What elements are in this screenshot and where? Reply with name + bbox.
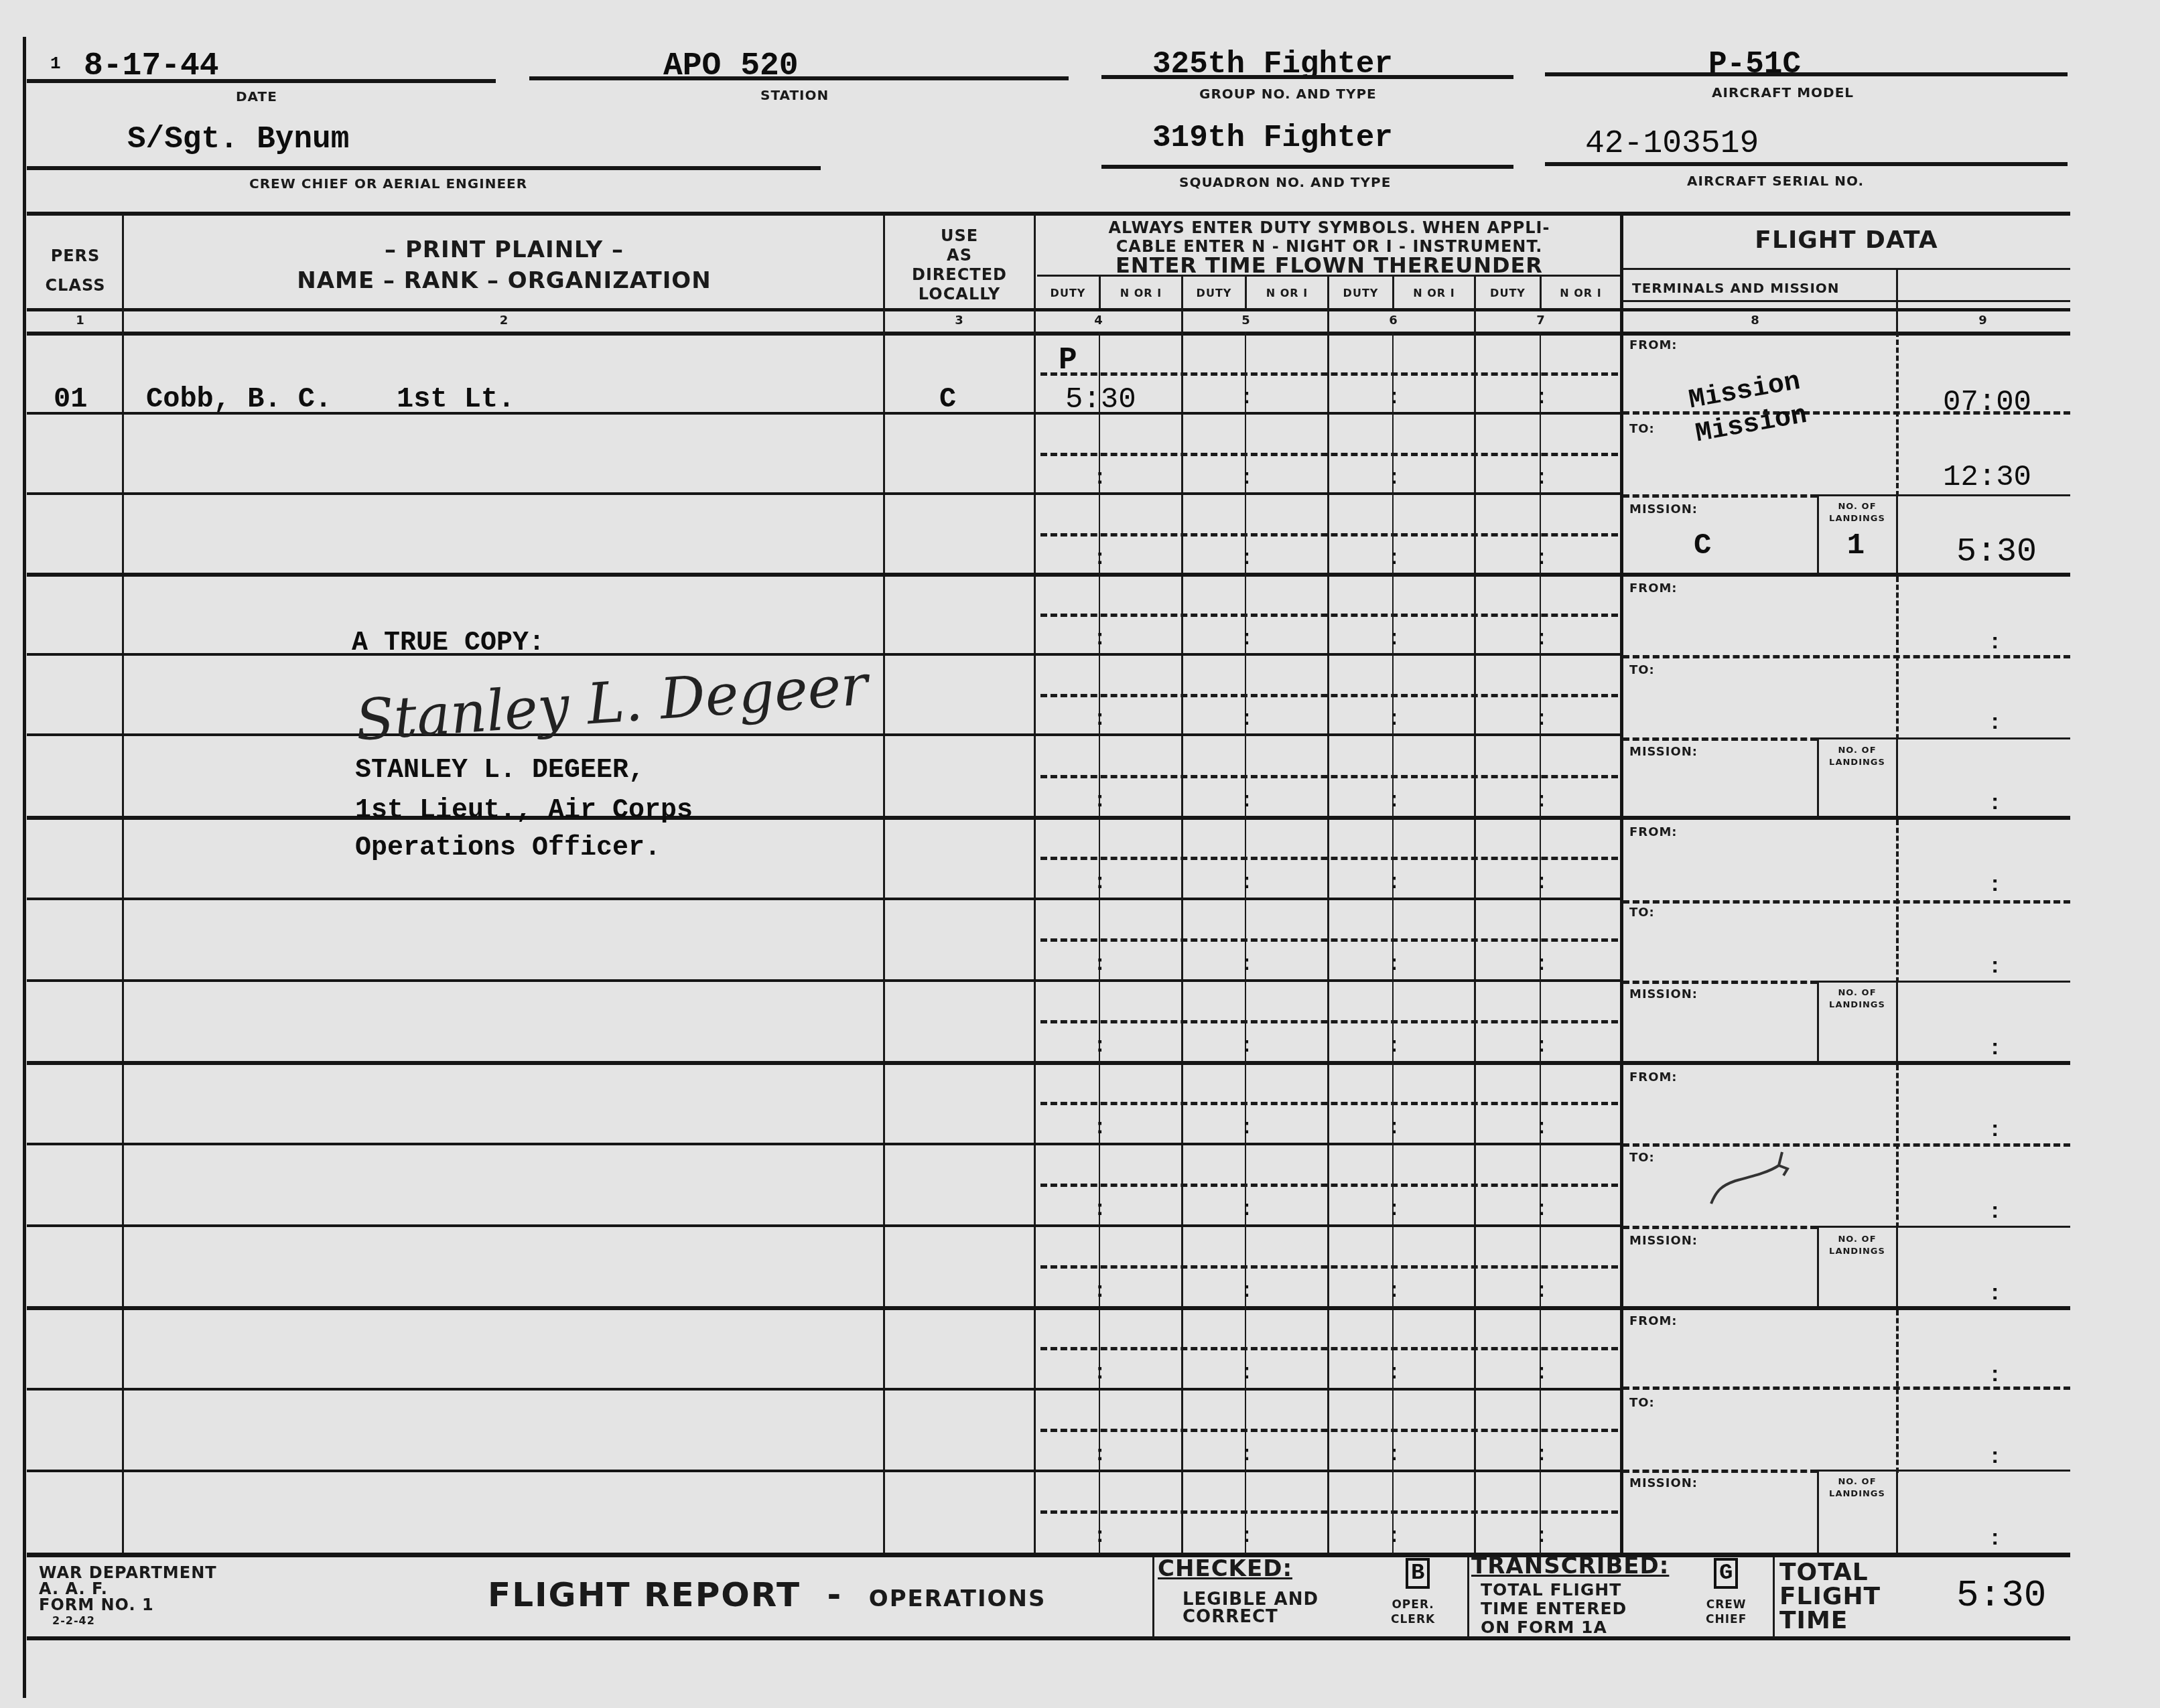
from-label: FROM: [1629,825,1678,839]
station-label: STATION [760,87,829,103]
name-header: – PRINT PLAINLY – NAME – RANK – ORGANIZA… [127,234,881,296]
total-flight-time-label: TOTAL FLIGHT TIME [1779,1561,1881,1633]
arrive-time[interactable]: 12:30 [1943,461,2031,494]
from-label: FROM: [1629,338,1678,352]
certification-heading: A TRUE COPY: [352,628,545,658]
crew-chief-value[interactable]: S/Sgt. Bynum [127,122,349,157]
duty-label-5: DUTY [1183,287,1245,299]
nori-label-7: N OR I [1542,287,1620,299]
col-num-9: 9 [1943,313,2023,328]
certifier-rank: 1st Lieut., Air Corps [355,796,693,826]
mission-label: MISSION: [1629,502,1698,516]
to-label: TO: [1629,906,1655,920]
use-value[interactable]: C [939,383,956,415]
col-num-4: 4 [1059,313,1139,328]
landings-label: NO. OF LANDINGS [1820,745,1895,769]
signature: Stanley L. Degeer [354,652,870,753]
nori-label-5: N OR I [1247,287,1327,299]
table-top-border [27,212,2070,216]
nori-label-4: N OR I [1101,287,1181,299]
landings-label: NO. OF LANDINGS [1820,501,1895,525]
to-label: TO: [1629,422,1655,436]
to-label: TO: [1629,663,1655,677]
crew-chief-sign-label: CREW CHIEF [1706,1597,1747,1627]
oper-clerk-initial[interactable]: B [1406,1558,1430,1589]
landings-label: NO. OF LANDINGS [1820,987,1895,1011]
col-num-3: 3 [886,313,1033,328]
aircraft-model-value[interactable]: P-51C [1708,47,1801,82]
landings-value[interactable]: 1 [1836,529,1876,563]
squadron-label: SQUADRON NO. AND TYPE [1179,174,1391,190]
from-label: FROM: [1629,1314,1678,1328]
aircraft-model-label: AIRCRAFT MODEL [1712,84,1854,100]
crew-chief-label: CREW CHIEF OR AERIAL ENGINEER [249,175,527,192]
col-num-6: 6 [1353,313,1434,328]
landings-label: NO. OF LANDINGS [1820,1476,1895,1500]
flight-data-title: FLIGHT DATA [1623,226,2070,254]
from-label: FROM: [1629,581,1678,595]
duty-symbol[interactable]: P [1059,343,1077,378]
crew-rank[interactable]: 1st Lt. [397,383,515,415]
form-title: FLIGHT REPORT - OPERATIONS [488,1575,1046,1614]
from-label: FROM: [1629,1070,1678,1084]
mission-value[interactable]: C [1694,529,1711,563]
transcribed-heading: TRANSCRIBED: [1471,1553,1669,1579]
pers-class-header: PERS CLASS [33,241,117,300]
col-num-5: 5 [1206,313,1286,328]
mission-label: MISSION: [1629,987,1698,1001]
duty-label-6: DUTY [1329,287,1392,299]
col-num-2: 2 [127,313,881,328]
transcribed-label: TOTAL FLIGHT TIME ENTERED ON FORM 1A [1481,1581,1627,1637]
duty-label-4: DUTY [1037,287,1099,299]
war-department-block: WAR DEPARTMENT A. A. F. FORM NO. 1 2-2-4… [39,1565,217,1629]
crew-name[interactable]: Cobb, B. C. [146,383,332,415]
certifier-name: STANLEY L. DEGEER, [355,756,645,786]
depart-time[interactable]: 07:00 [1943,386,2031,419]
checked-heading: CHECKED: [1158,1555,1292,1582]
table-bottom-border [27,1553,2070,1557]
serial-value[interactable]: 42-103519 [1585,126,1759,162]
group-label: GROUP NO. AND TYPE [1199,86,1377,102]
legible-correct-label: LEGIBLE AND CORRECT [1183,1591,1319,1626]
crew-chief-initial[interactable]: G [1714,1558,1738,1589]
landings-label: NO. OF LANDINGS [1820,1234,1895,1258]
serial-label: AIRCRAFT SERIAL NO. [1687,173,1864,189]
mission-label: MISSION: [1629,1234,1698,1248]
certifier-title: Operations Officer. [355,833,661,863]
col-num-1: 1 [40,313,121,328]
to-label: TO: [1629,1151,1655,1165]
col-num-7: 7 [1501,313,1581,328]
duty-header: ALWAYS ENTER DUTY SYMBOLS. WHEN APPLI- C… [1038,218,1620,275]
total-flight-time-value[interactable]: 5:30 [1956,1574,2046,1617]
left-border [23,37,26,1698]
form-mark: 1 [50,54,61,74]
pers-class-value[interactable]: 01 [54,383,87,415]
squadron-value[interactable]: 319th Fighter [1152,121,1393,155]
terminals-mission-label: TERMINALS AND MISSION [1632,280,1840,296]
duty-label-7: DUTY [1476,287,1540,299]
oper-clerk-label: OPER. CLERK [1391,1597,1435,1627]
to-label: TO: [1629,1396,1655,1410]
mission-label: MISSION: [1629,1476,1698,1490]
use-header: USE AS DIRECTED LOCALLY [886,226,1033,304]
flight-duration[interactable]: 5:30 [1956,533,2037,571]
date-label: DATE [236,88,277,104]
pencil-mark [1708,1149,1816,1209]
mission-label: MISSION: [1629,745,1698,759]
duty-time[interactable]: 5:30 [1065,383,1136,417]
nori-label-6: N OR I [1394,287,1474,299]
col-num-8: 8 [1715,313,1796,328]
